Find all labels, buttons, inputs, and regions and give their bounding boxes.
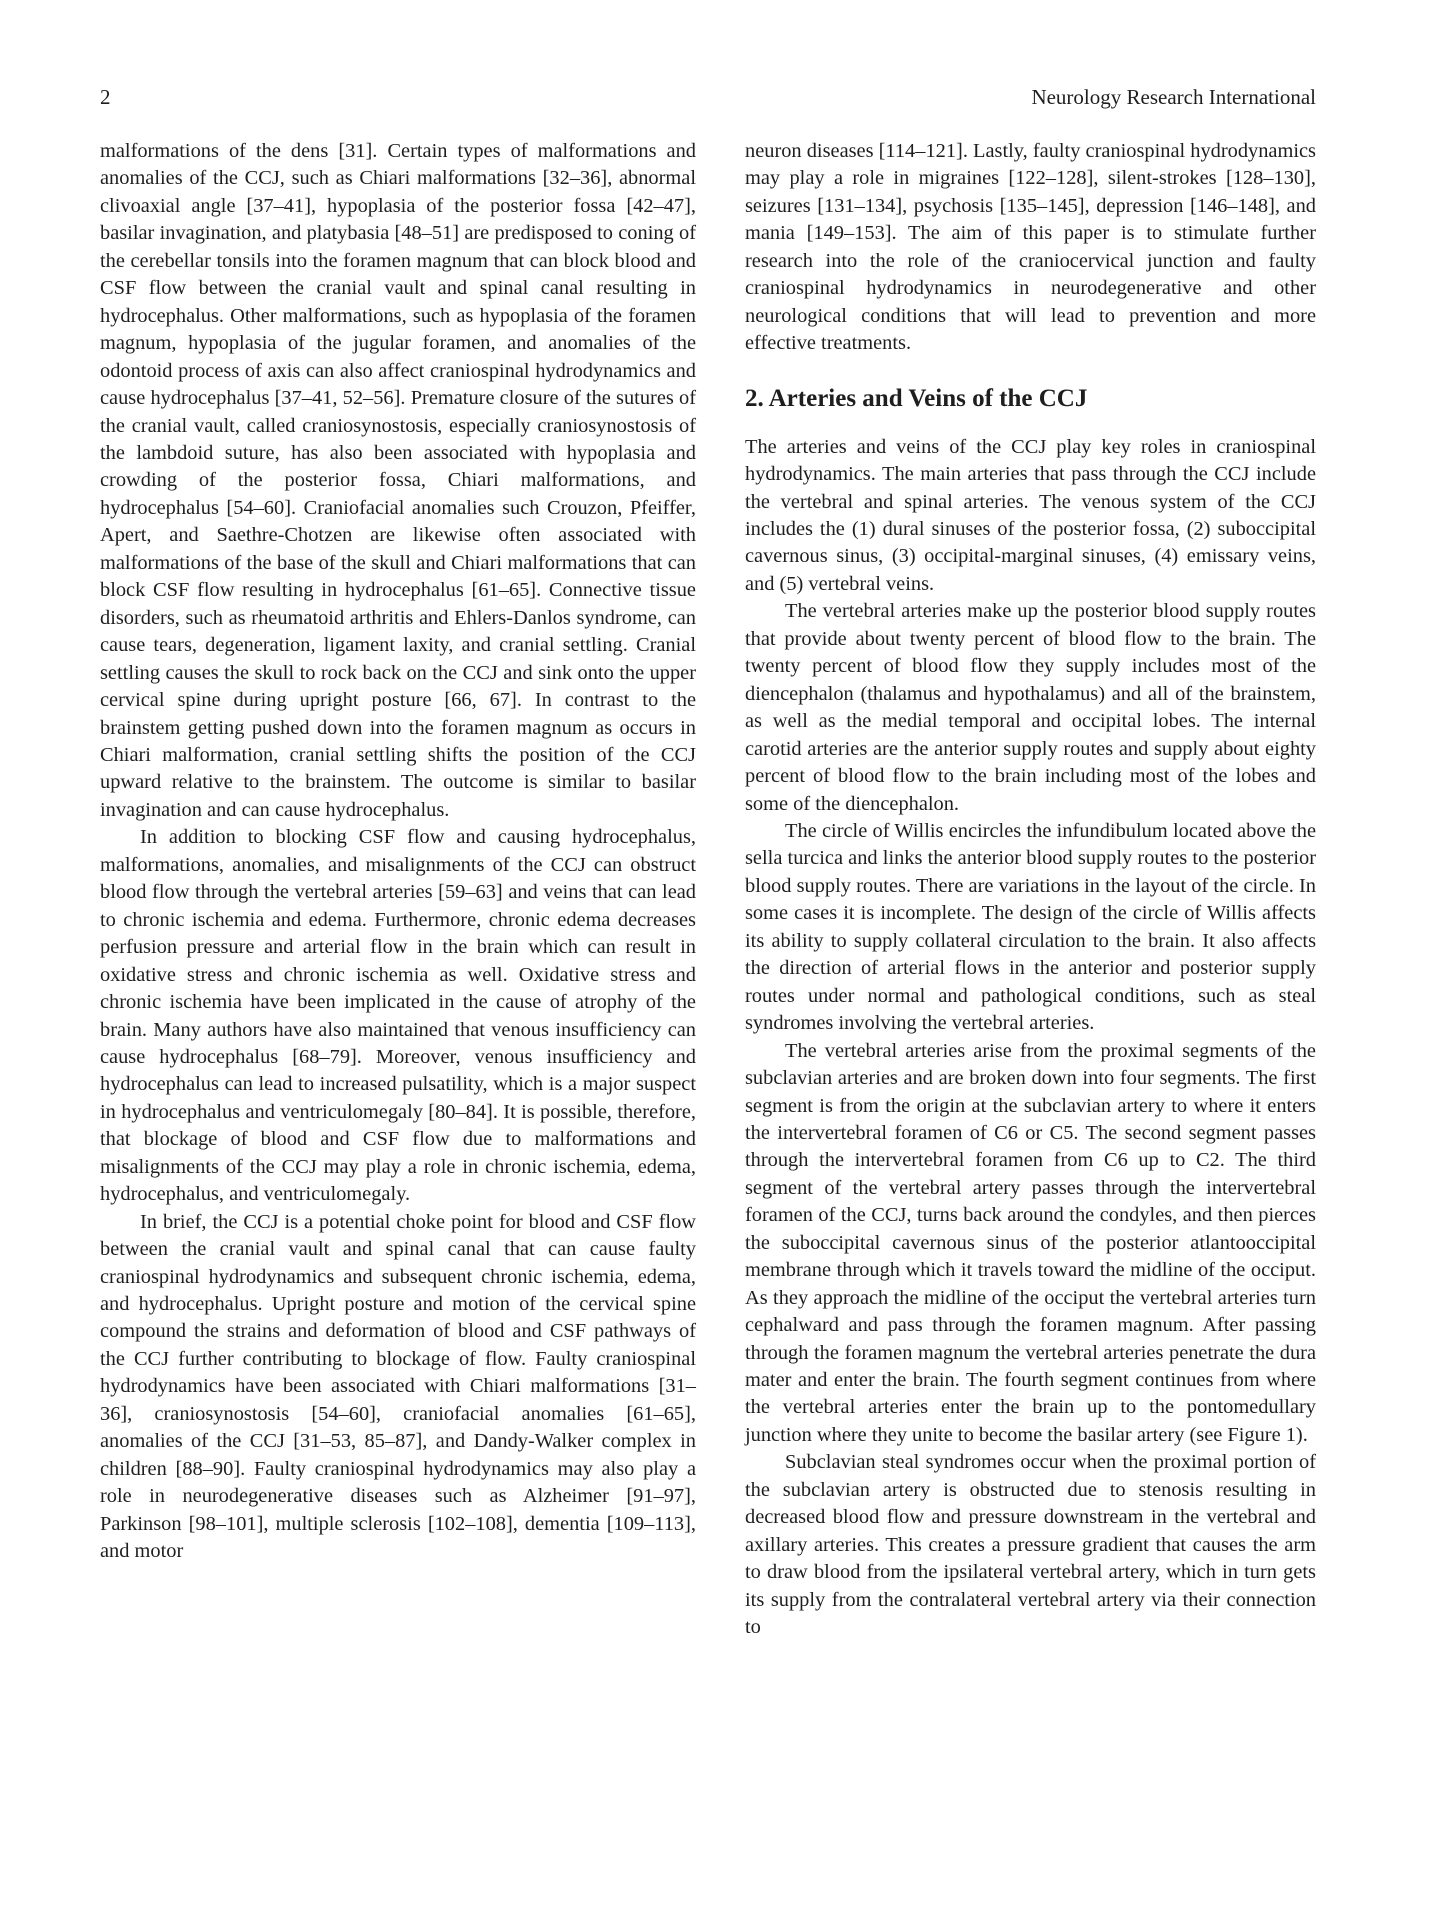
page-number: 2 (100, 82, 111, 112)
body-paragraph: In addition to blocking CSF flow and cau… (100, 824, 696, 1208)
running-header: 2 Neurology Research International (100, 82, 1316, 112)
body-paragraph: neuron diseases [114–121]. Lastly, fault… (745, 138, 1316, 358)
body-paragraph: The vertebral arteries arise from the pr… (745, 1038, 1316, 1450)
body-paragraph: The arteries and veins of the CCJ play k… (745, 434, 1316, 599)
body-paragraph: The vertebral arteries make up the poste… (745, 598, 1316, 818)
body-paragraph: In brief, the CCJ is a potential choke p… (100, 1209, 696, 1566)
right-column: neuron diseases [114–121]. Lastly, fault… (745, 138, 1316, 1642)
body-paragraph: malformations of the dens [31]. Certain … (100, 138, 696, 824)
body-paragraph: Subclavian steal syndromes occur when th… (745, 1449, 1316, 1641)
left-column: malformations of the dens [31]. Certain … (100, 138, 696, 1566)
body-paragraph: The circle of Willis encircles the infun… (745, 818, 1316, 1038)
journal-name: Neurology Research International (1031, 82, 1316, 112)
section-heading: 2. Arteries and Veins of the CCJ (745, 384, 1316, 414)
